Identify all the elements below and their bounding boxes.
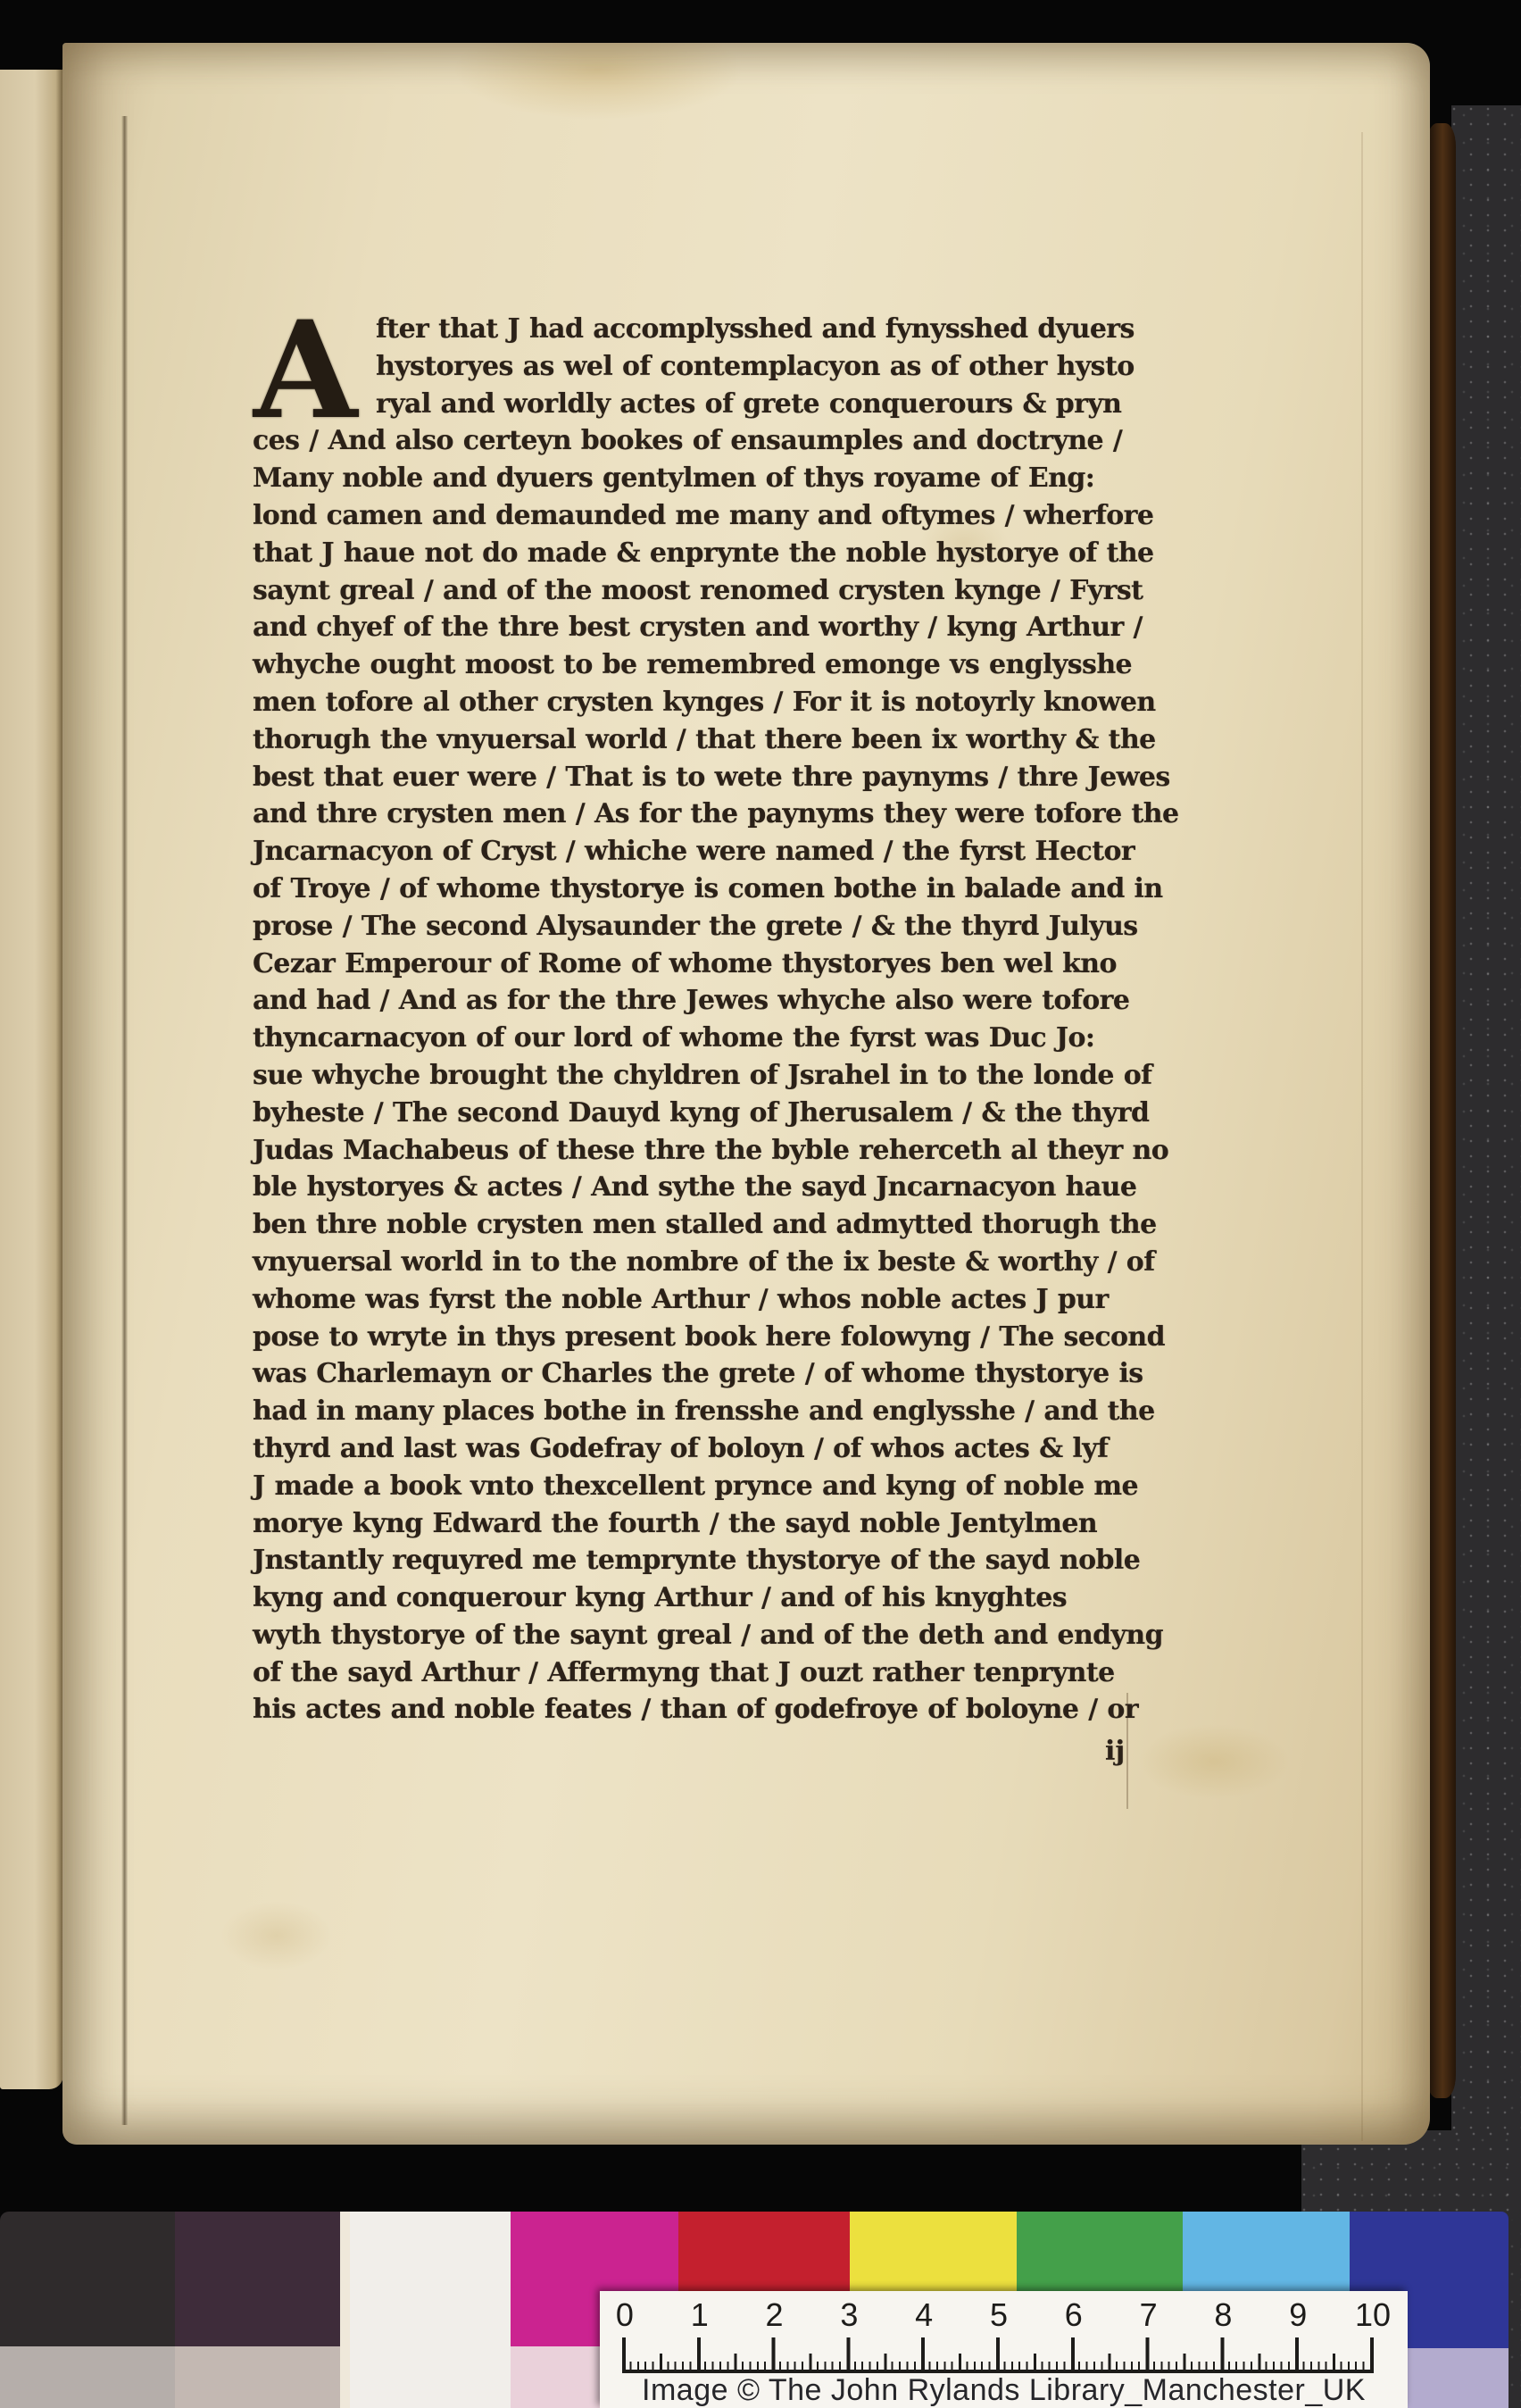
ruler-number: 10 [1335, 2298, 1410, 2332]
copyright-caption: Image © The John Rylands Library_Manches… [600, 2373, 1408, 2408]
ruler-ticks [622, 2337, 1374, 2373]
text-line: Cezar Emperour of Rome of whome thystory… [253, 946, 1156, 983]
text-line: ryal and worldly actes of grete conquero… [253, 386, 1156, 423]
text-line: of Troye / of whome thystorye is comen b… [253, 871, 1156, 908]
text-line: that J haue not do made & enprynte the n… [253, 535, 1156, 572]
text-line: fter that J had accomplysshed and fynyss… [253, 311, 1156, 348]
text-line: Judas Machabeus of these thre the byble … [253, 1132, 1156, 1170]
text-line: sue whyche brought the chyldren of Jsrah… [253, 1057, 1156, 1095]
patch-light-gray [175, 2346, 340, 2408]
text-line: kyng and conquerour kyng Arthur / and of… [253, 1579, 1156, 1617]
text-line: byheste / The second Dauyd kyng of Jheru… [253, 1095, 1156, 1132]
backing-board-texture [1451, 105, 1521, 2408]
ruler-number: 1 [662, 2298, 737, 2332]
text-line: thyrd and last was Godefray of boloyn / … [253, 1430, 1156, 1468]
text-line: and had / And as for the thre Jewes whyc… [253, 982, 1156, 1020]
printed-text-block: fter that J had accomplysshed and fynyss… [253, 311, 1156, 1729]
text-line: saynt greal / and of the moost renomed c… [253, 572, 1156, 610]
ruler-number: 5 [961, 2298, 1036, 2332]
ruler-number: 6 [1036, 2298, 1111, 2332]
text-line: of the sayd Arthur / Affermyng that J ou… [253, 1654, 1156, 1692]
book-page: A fter that J had accomplysshed and fyny… [62, 43, 1430, 2145]
text-line: Jnstantly requyred me temprynte thystory… [253, 1542, 1156, 1579]
text-line: morye kyng Edward the fourth / the sayd … [253, 1505, 1156, 1543]
facing-page-edge [0, 70, 63, 2089]
gutter-fold-shadow [121, 116, 128, 2125]
ruler-number: 3 [811, 2298, 886, 2332]
ruler-number: 4 [886, 2298, 961, 2332]
text-line: J made a book vnto thexcellent prynce an… [253, 1468, 1156, 1505]
ruler-card: 012345678910 Image © The John Rylands Li… [600, 2291, 1408, 2408]
ruler-number: 7 [1111, 2298, 1186, 2332]
ruler-number: 0 [587, 2298, 662, 2332]
text-line: thyncarnacyon of our lord of whome the f… [253, 1020, 1156, 1057]
text-line: lond camen and demaunded me many and oft… [253, 497, 1156, 535]
card-gap [340, 2212, 350, 2408]
text-line: prose / The second Alysaunder the grete … [253, 908, 1156, 946]
quire-signature: ij [1105, 1736, 1125, 1767]
text-line: ces / And also certeyn bookes of ensaump… [253, 422, 1156, 460]
text-line: ben thre noble crysten men stalled and a… [253, 1206, 1156, 1244]
ruler-number: 9 [1260, 2298, 1335, 2332]
text-line: had in many places bothe in frensshe and… [253, 1393, 1156, 1430]
text-line: whome was fyrst the noble Arthur / whos … [253, 1281, 1156, 1319]
text-line: men tofore al other crysten kynges / For… [253, 684, 1156, 721]
text-line: hystoryes as wel of contemplacyon as of … [253, 348, 1156, 386]
text-line: vnyuersal world in to the nombre of the … [253, 1244, 1156, 1281]
text-line: was Charlemayn or Charles the grete / of… [253, 1355, 1156, 1393]
text-line: and thre crysten men / As for the paynym… [253, 796, 1156, 833]
text-line: Many noble and dyuers gentylmen of thys … [253, 460, 1156, 497]
text-line: thorugh the vnyuersal world / that there… [253, 721, 1156, 759]
text-line: Jncarnacyon of Cryst / whiche were named… [253, 833, 1156, 871]
patch-light-gray [0, 2346, 175, 2408]
text-line: and chyef of the thre best crysten and w… [253, 609, 1156, 646]
text-line: pose to wryte in thys present book here … [253, 1319, 1156, 1356]
text-line: wyth thystorye of the saynt greal / and … [253, 1617, 1156, 1654]
text-line: ble hystoryes & actes / And sythe the sa… [253, 1169, 1156, 1206]
text-line: whyche ought moost to be remembred emong… [253, 646, 1156, 684]
page-crease [1361, 132, 1363, 2141]
patch-charcoal [0, 2212, 175, 2346]
ruler-number: 2 [737, 2298, 812, 2332]
ruler-scale: 012345678910 [587, 2298, 1410, 2332]
ruler-number: 8 [1186, 2298, 1261, 2332]
text-line: best that euer were / That is to wete th… [253, 759, 1156, 796]
patch-aubergine [175, 2212, 340, 2346]
text-line: his actes and noble feates / than of god… [253, 1691, 1156, 1729]
book-photograph: A fter that J had accomplysshed and fyny… [0, 0, 1521, 2408]
patch-white [350, 2212, 511, 2408]
book-cover-edge [1426, 123, 1456, 2098]
